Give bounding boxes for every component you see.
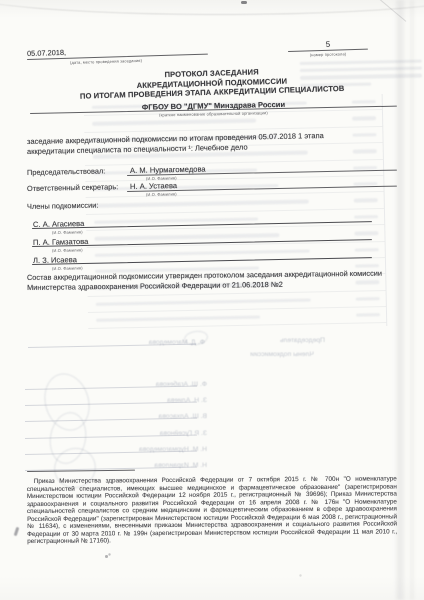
- ink-blot: [14, 527, 20, 536]
- bleedthrough-smudge: [354, 215, 378, 219]
- bleedthrough-signature-scrawl: [183, 329, 209, 346]
- scan-speck: [241, 1, 247, 4]
- paper-fold-shadow-2: [408, 0, 416, 600]
- bleedthrough-smudge: [352, 117, 376, 121]
- bleedthrough-label: Члены подкомиссии: [250, 351, 314, 358]
- paper-top-edge-shadow: [0, 0, 424, 15]
- chairman-label: Председательствовал:: [27, 166, 105, 177]
- bleedthrough-smudge: [354, 231, 378, 235]
- bleedthrough-smudge: [353, 149, 377, 153]
- members-label: Члены подкомиссии:: [27, 201, 99, 211]
- bleedthrough-smudge: [352, 133, 376, 137]
- bleedthrough-smudge: [355, 248, 379, 252]
- meeting-date: 05.07.2018,: [27, 47, 66, 57]
- bleedthrough-smudge: [356, 297, 380, 301]
- bleedthrough-label: Председатель: [280, 337, 325, 344]
- bleedthrough-table: [84, 94, 388, 332]
- bleedthrough-smudge: [356, 313, 380, 317]
- scanned-protocol-page: Председатель Члены подкомиссии Ф. Д. Маг…: [0, 0, 424, 600]
- bleedthrough-smudge: [95, 249, 310, 257]
- bleedthrough-smudge: [94, 233, 279, 240]
- bleedthrough-smudge: [354, 198, 378, 202]
- bleedthrough-smudge: [94, 200, 309, 208]
- bleedthrough-smudge: [96, 298, 311, 306]
- secretary-name-caption: (И.О. Фамилия): [146, 191, 177, 197]
- scan-noise-dots: [0, 0, 1, 1]
- bleedthrough-name: З. Н. Алиева: [167, 397, 207, 404]
- bleedthrough-smudge: [92, 119, 256, 126]
- footnote-text: Приказ Министерства здравоохранения Росс…: [27, 475, 397, 546]
- date-caption: (дата, место проведения заседания): [70, 58, 142, 65]
- bleedthrough-smudge: [355, 264, 379, 268]
- member-caption-3: (И.О. Фамилия): [52, 265, 83, 271]
- member-caption-1: (И.О. Фамилия): [52, 229, 83, 235]
- secretary-label: Ответственный секретарь:: [27, 182, 118, 193]
- bleedthrough-smudge: [353, 166, 377, 170]
- member-caption-2: (И.О. Фамилия): [52, 247, 83, 253]
- bleedthrough-smudge: [96, 316, 260, 323]
